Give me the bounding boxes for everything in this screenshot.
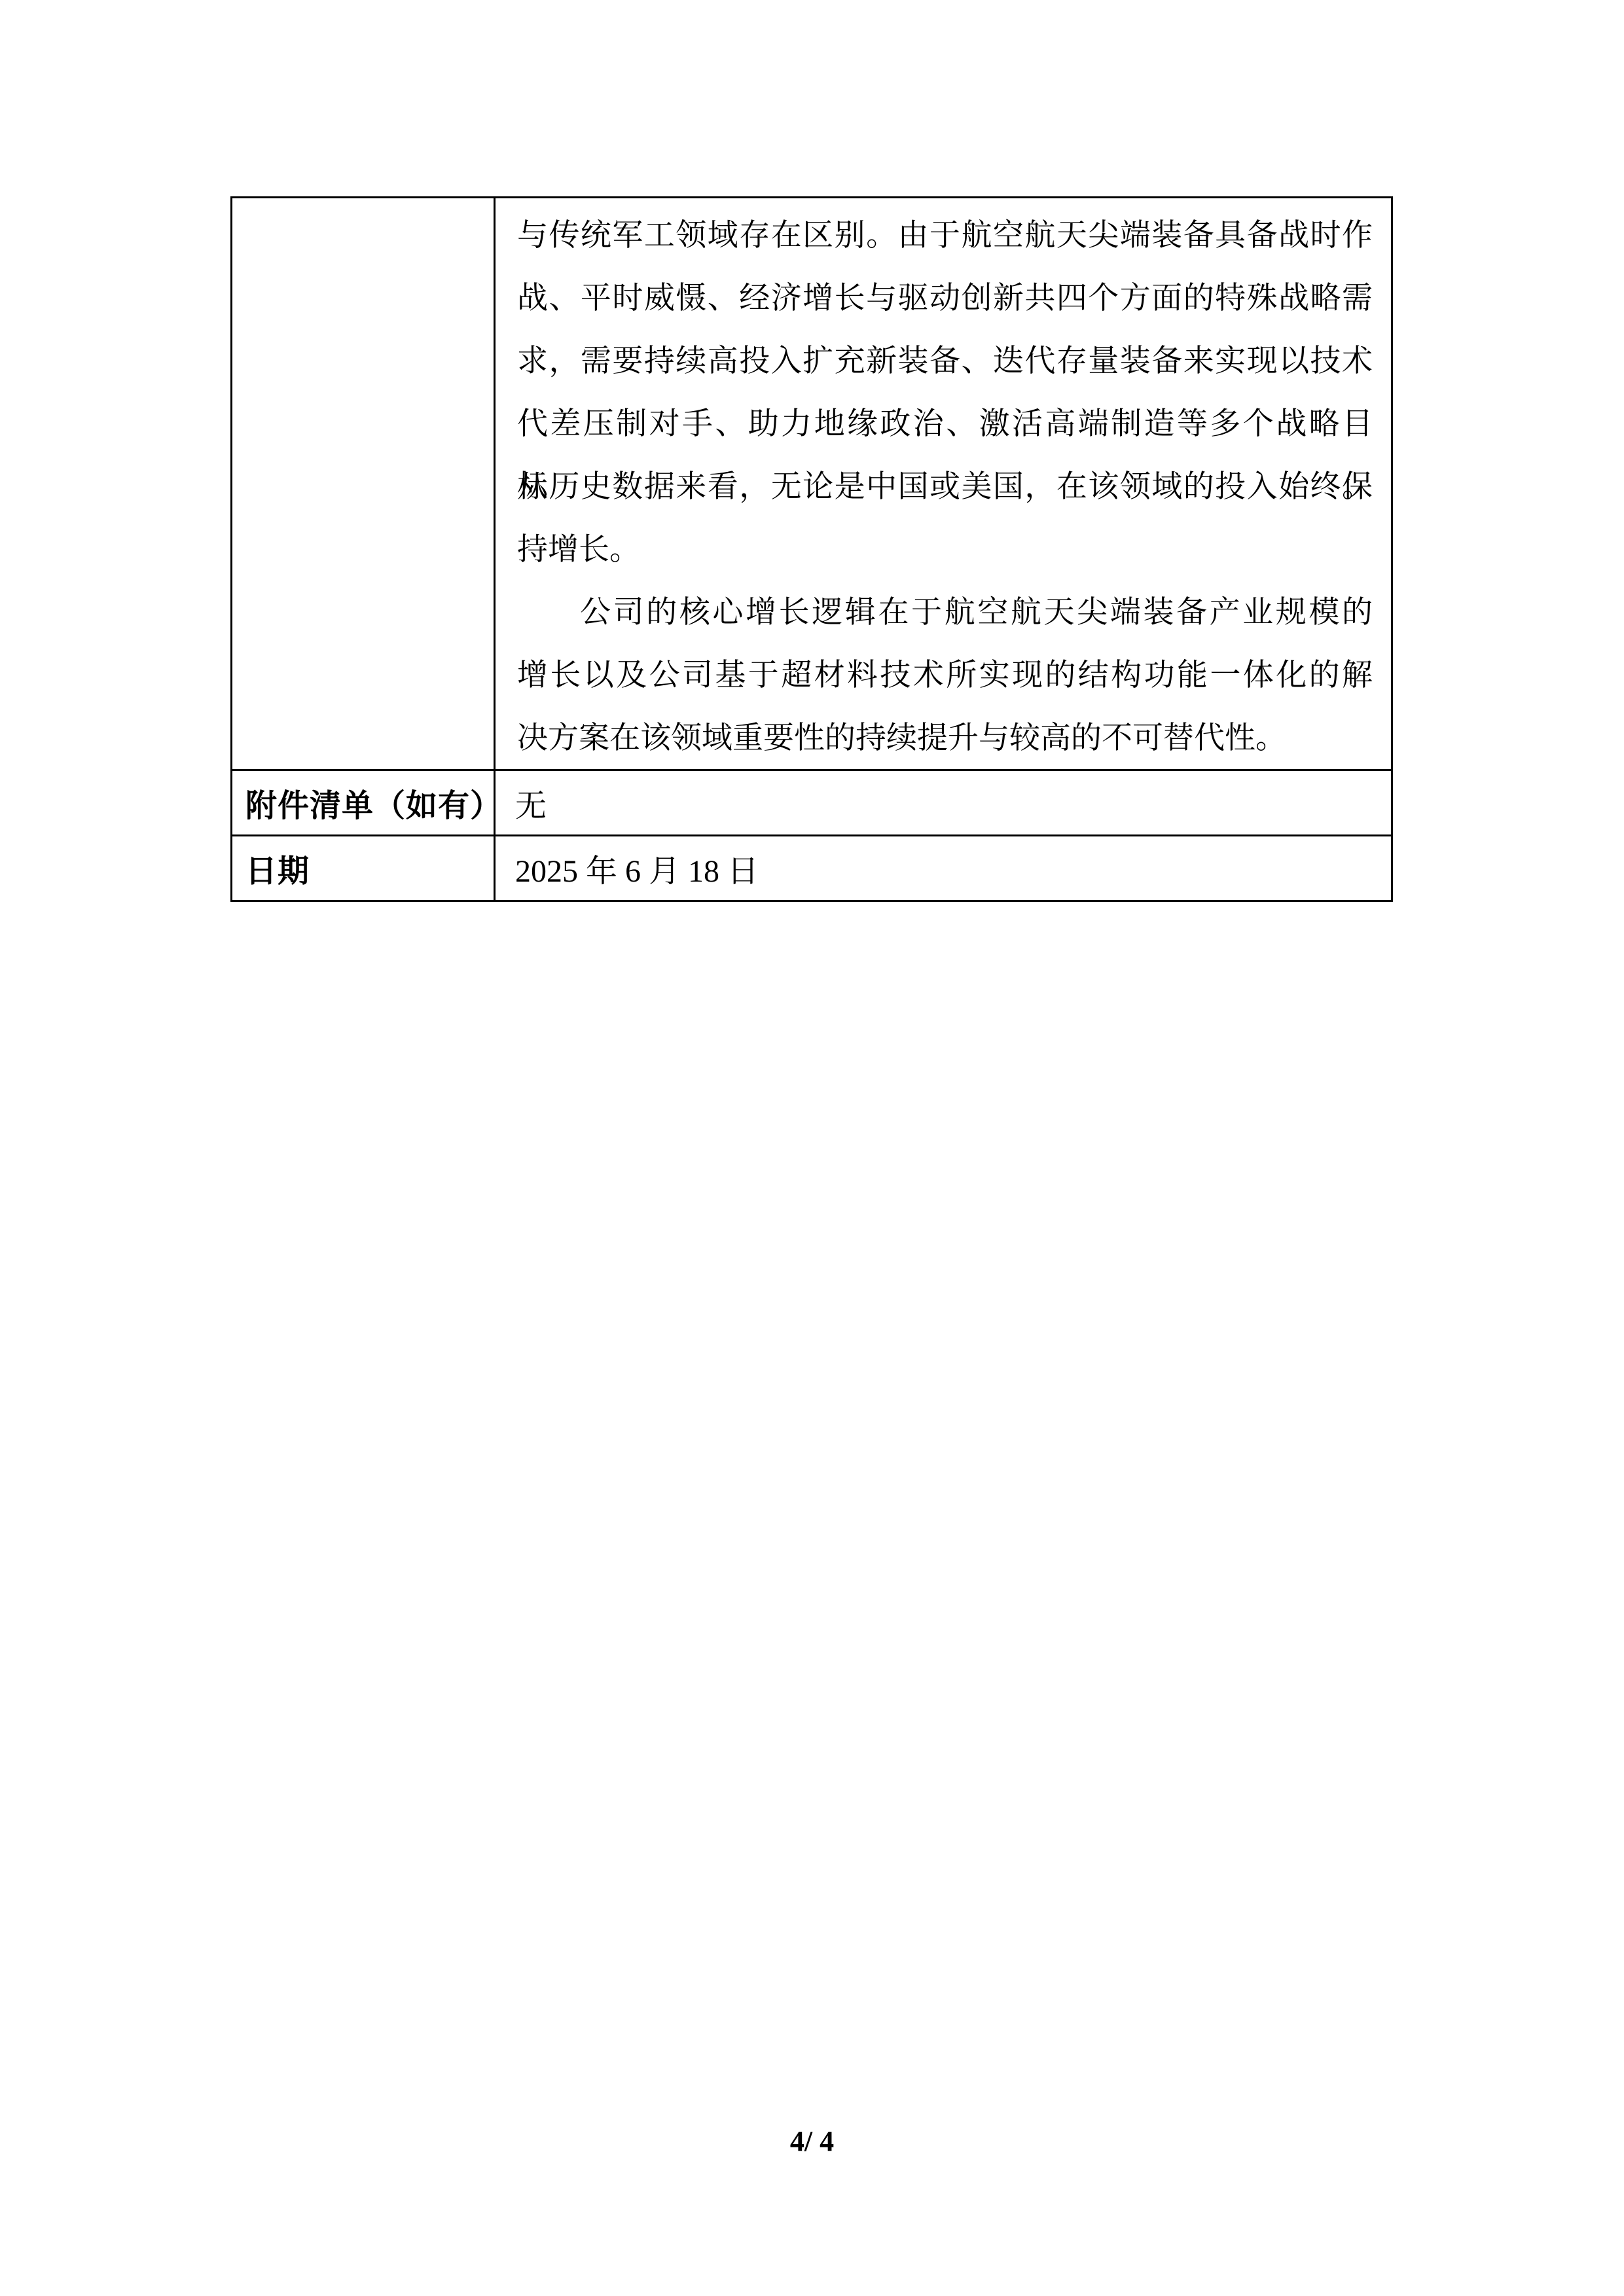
page-number: 4/ 4 — [0, 2125, 1624, 2159]
text-line: 增长以及公司基于超材料技术所实现的结构功能一体化的解 — [517, 644, 1373, 707]
text-line: 与传统军工领域存在区别。由于航空航天尖端装备具备战时作 — [517, 204, 1373, 267]
text-line: 公司的核心增长逻辑在于航空航天尖端装备产业规模的 — [517, 581, 1373, 644]
date-value: 2025 年 6 月 18 日 — [496, 836, 1391, 900]
continuation-label-cell — [232, 198, 496, 769]
text-line: 从历史数据来看，无论是中国或美国，在该领域的投入始终保 — [517, 456, 1373, 518]
table-row-continuation: 与传统军工领域存在区别。由于航空航天尖端装备具备战时作 战、平时威慑、经济增长与… — [232, 198, 1391, 769]
text-line: 持增长。 — [517, 518, 1373, 581]
continuation-text-cell: 与传统军工领域存在区别。由于航空航天尖端装备具备战时作 战、平时威慑、经济增长与… — [496, 198, 1391, 769]
text-line: 代差压制对手、助力地缘政治、激活高端制造等多个战略目标。 — [517, 393, 1373, 456]
document-page: 与传统军工领域存在区别。由于航空航天尖端装备具备战时作 战、平时威慑、经济增长与… — [0, 0, 1624, 2296]
attachments-label: 附件清单（如有） — [232, 771, 496, 834]
text-line: 决方案在该领域重要性的持续提升与较高的不可替代性。 — [517, 707, 1373, 770]
summary-table: 与传统军工领域存在区别。由于航空航天尖端装备具备战时作 战、平时威慑、经济增长与… — [230, 196, 1393, 902]
attachments-value: 无 — [496, 771, 1391, 834]
table-row-attachments: 附件清单（如有） 无 — [232, 769, 1391, 834]
date-label: 日期 — [232, 836, 496, 900]
text-line: 战、平时威慑、经济增长与驱动创新共四个方面的特殊战略需 — [517, 267, 1373, 330]
text-line: 求，需要持续高投入扩充新装备、迭代存量装备来实现以技术 — [517, 330, 1373, 393]
table-row-date: 日期 2025 年 6 月 18 日 — [232, 834, 1391, 900]
